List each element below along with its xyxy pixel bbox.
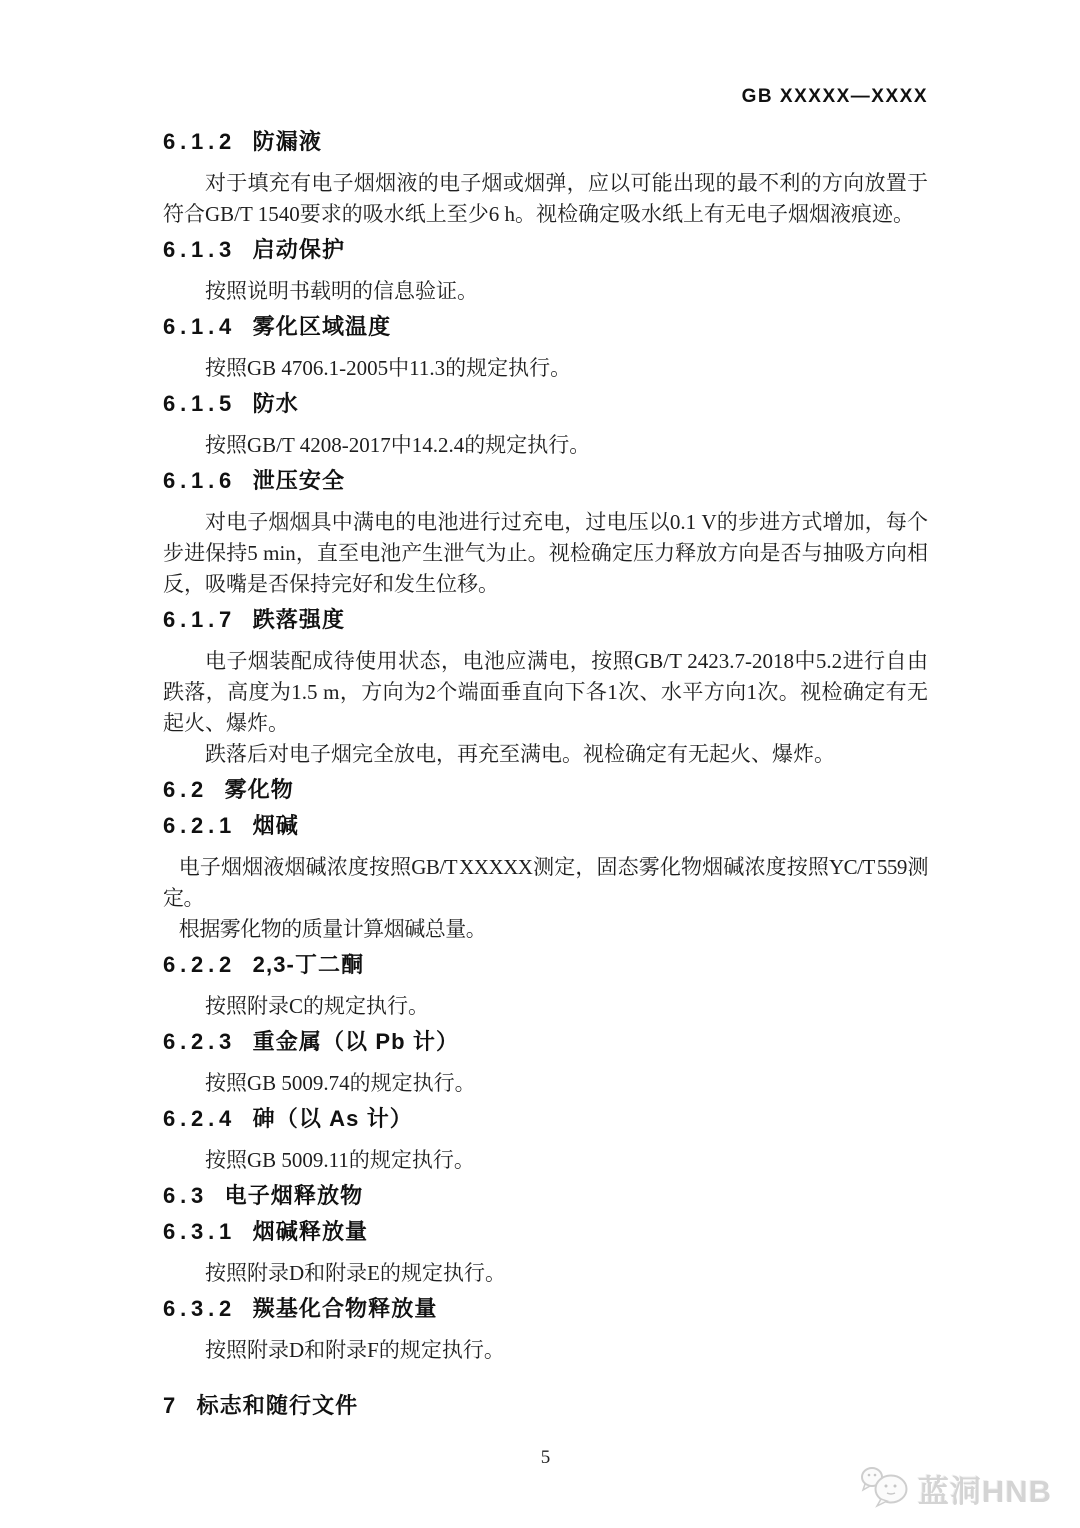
section-number: 6.2.3 [163,1029,236,1054]
paragraph: 跌落后对电子烟完全放电，再充至满电。视检确定有无起火、爆炸。 [163,739,928,770]
paragraph: 按照GB 4706.1-2005中11.3的规定执行。 [163,353,928,384]
section-7: 7标志和随行文件 [163,1392,928,1420]
section-heading: 6.2.1烟碱 [163,812,928,840]
section-title: 烟碱 [253,813,299,838]
section-heading: 6.1.6泄压安全 [163,467,928,495]
section-heading: 6.3电子烟释放物 [163,1182,928,1210]
section-number: 6.1.5 [163,391,236,416]
page-number: 5 [163,1446,928,1470]
section-number: 6.2.2 [163,952,236,977]
paragraph: 对于填充有电子烟烟液的电子烟或烟弹，应以可能出现的最不利的方向放置于符合GB/T… [163,168,928,230]
section-number: 6.1.3 [163,237,236,262]
section-6-2: 6.2雾化物 [163,776,928,804]
section-title: 泄压安全 [253,468,345,493]
section-heading: 7标志和随行文件 [163,1392,928,1420]
section-6-3: 6.3电子烟释放物 [163,1182,928,1210]
section-title: 雾化物 [225,777,294,802]
section-title: 防水 [253,391,299,416]
paragraph: 按照附录D和附录E的规定执行。 [163,1258,928,1289]
section-6-3-1: 6.3.1烟碱释放量 按照附录D和附录E的规定执行。 [163,1218,928,1289]
paragraph: 对电子烟烟具中满电的电池进行过充电，过电压以0.1 V的步进方式增加，每个步进保… [163,507,928,600]
document-body: 6.1.2防漏液 对于填充有电子烟烟液的电子烟或烟弹，应以可能出现的最不利的方向… [163,128,928,1420]
section-6-1-3: 6.1.3启动保护 按照说明书载明的信息验证。 [163,236,928,307]
section-title: 砷（以 As 计） [253,1106,413,1131]
section-title: 2,3-丁二酮 [253,952,365,977]
section-6-2-1: 6.2.1烟碱 电子烟烟液烟碱浓度按照GB/T XXXXX测定，固态雾化物烟碱浓… [163,812,928,945]
section-title: 跌落强度 [253,607,345,632]
section-heading: 6.1.3启动保护 [163,236,928,264]
section-number: 6.1.6 [163,468,236,493]
doc-code-header: GB XXXXX—XXXX [163,0,928,108]
section-6-1-2: 6.1.2防漏液 对于填充有电子烟烟液的电子烟或烟弹，应以可能出现的最不利的方向… [163,128,928,230]
section-6-3-2: 6.3.2羰基化合物释放量 按照附录D和附录F的规定执行。 [163,1295,928,1366]
section-title: 防漏液 [253,129,322,154]
paragraph: 按照GB 5009.74的规定执行。 [163,1068,928,1099]
section-number: 6.3 [163,1183,208,1208]
section-heading: 6.1.5防水 [163,390,928,418]
section-6-1-4: 6.1.4雾化区域温度 按照GB 4706.1-2005中11.3的规定执行。 [163,313,928,384]
section-number: 7 [163,1393,180,1418]
section-heading: 6.1.7跌落强度 [163,606,928,634]
section-heading: 6.2.4砷（以 As 计） [163,1105,928,1133]
section-heading: 6.3.1烟碱释放量 [163,1218,928,1246]
section-number: 6.2.1 [163,813,236,838]
section-number: 6.1.7 [163,607,236,632]
paragraph: 电子烟烟液烟碱浓度按照GB/T XXXXX测定，固态雾化物烟碱浓度按照YC/T … [163,852,928,914]
section-heading: 6.2.22,3-丁二酮 [163,951,928,979]
paragraph: 按照附录D和附录F的规定执行。 [163,1335,928,1366]
section-heading: 6.3.2羰基化合物释放量 [163,1295,928,1323]
section-title: 雾化区域温度 [253,314,392,339]
section-number: 6.2 [163,777,208,802]
section-number: 6.3.1 [163,1219,236,1244]
section-title: 羰基化合物释放量 [253,1296,438,1321]
section-heading: 6.1.2防漏液 [163,128,928,156]
section-title: 烟碱释放量 [253,1219,369,1244]
watermark: 蓝洞HNB [858,1463,1052,1514]
paragraph: 按照说明书载明的信息验证。 [163,276,928,307]
paragraph: 按照GB/T 4208-2017中14.2.4的规定执行。 [163,430,928,461]
document-content: GB XXXXX—XXXX 6.1.2防漏液 对于填充有电子烟烟液的电子烟或烟弹… [0,0,1080,1470]
section-6-2-2: 6.2.22,3-丁二酮 按照附录C的规定执行。 [163,951,928,1022]
section-6-1-6: 6.1.6泄压安全 对电子烟烟具中满电的电池进行过充电，过电压以0.1 V的步进… [163,467,928,600]
section-6-1-5: 6.1.5防水 按照GB/T 4208-2017中14.2.4的规定执行。 [163,390,928,461]
section-6-1-7: 6.1.7跌落强度 电子烟装配成待使用状态，电池应满电，按照GB/T 2423.… [163,606,928,770]
watermark-text: 蓝洞HNB [918,1466,1052,1511]
paragraph: 根据雾化物的质量计算烟碱总量。 [163,914,928,945]
section-title: 标志和随行文件 [197,1393,359,1418]
section-heading: 6.2.3重金属（以 Pb 计） [163,1028,928,1056]
section-number: 6.1.2 [163,129,236,154]
paragraph: 按照GB 5009.11的规定执行。 [163,1145,928,1176]
section-number: 6.2.4 [163,1106,236,1131]
section-number: 6.1.4 [163,314,236,339]
chat-bubbles-icon [858,1463,912,1514]
section-title: 重金属（以 Pb 计） [253,1029,459,1054]
paragraph: 按照附录C的规定执行。 [163,991,928,1022]
section-6-2-3: 6.2.3重金属（以 Pb 计） 按照GB 5009.74的规定执行。 [163,1028,928,1099]
section-title: 电子烟释放物 [225,1183,364,1208]
paragraph: 电子烟装配成待使用状态，电池应满电，按照GB/T 2423.7-2018中5.2… [163,646,928,739]
section-number: 6.3.2 [163,1296,236,1321]
section-title: 启动保护 [253,237,345,262]
document-page: GB XXXXX—XXXX 6.1.2防漏液 对于填充有电子烟烟液的电子烟或烟弹… [0,0,1080,1528]
section-heading: 6.1.4雾化区域温度 [163,313,928,341]
section-heading: 6.2雾化物 [163,776,928,804]
section-6-2-4: 6.2.4砷（以 As 计） 按照GB 5009.11的规定执行。 [163,1105,928,1176]
